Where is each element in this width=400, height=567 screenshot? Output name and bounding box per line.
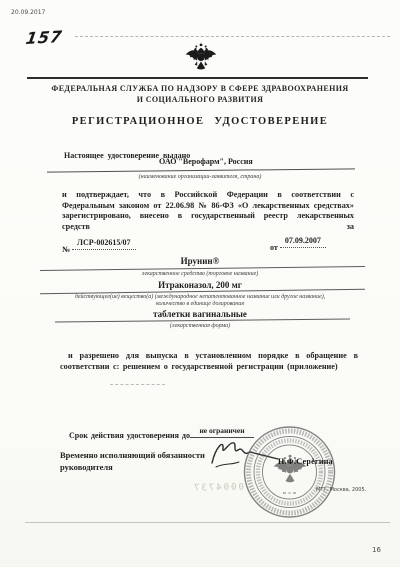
active-substance-caption-line1: действующее(ие) вещество(а) (международн… [0,294,400,300]
official-round-stamp-icon [242,424,337,520]
bleed-through-serial: 0004737 [192,483,244,494]
registration-date-value: 07.09.2007 [280,236,326,248]
trade-name: Ирунин® [0,256,400,266]
trade-name-caption: лекарственное средство (торговое названи… [0,271,400,277]
scanned-certificate-page: 20.09.2017 157 ФЕДЕРАЛЬНАЯ СЛУЖБА ПО НАД… [0,0,400,567]
page-number: 16 [372,546,381,554]
registration-number-label: № [62,245,70,254]
scan-date: 20.09.2017 [11,9,45,16]
registration-date-field: от07.09.2007 [270,236,326,248]
russia-coat-of-arms-icon [184,40,218,76]
bottom-faint-rule [25,522,390,523]
top-faint-line [75,36,390,37]
validity-label: Срок действия удостоверения до [69,431,190,440]
registration-number-field: №ЛСР-002615/07 [62,238,136,250]
faint-dash-mark [110,384,165,385]
sheet-number-handwritten: 157 [25,27,64,48]
issued-to-value: ОАО "Верофарм", Россия [159,157,253,166]
registration-paragraph: и подтверждает, что в Российской Федерац… [62,190,354,232]
acting-head-title-line2: руководителя [60,462,113,472]
signer-name: Н.Ф.Серёгина [278,457,333,466]
registration-date-label: от [270,243,278,252]
header-rule [27,77,368,79]
agency-name-line1: ФЕДЕРАЛЬНАЯ СЛУЖБА ПО НАДЗОРУ В СФЕРЕ ЗД… [0,84,400,93]
issued-to-caption: (наименование организации-заявителя, стр… [0,174,400,180]
issued-to-underline [47,168,355,172]
agency-name-line2: И СОЦИАЛЬНОГО РАЗВИТИЯ [0,95,400,104]
registration-number-value: ЛСР-002615/07 [72,238,136,250]
dosage-form: таблетки вагинальные [0,309,400,319]
stamp-print-note: МТГ. Москва, 2005. [316,487,366,493]
dosage-form-underline [55,318,350,322]
permission-paragraph: и разрешено для выпуска в установленном … [60,350,358,372]
acting-head-title-line1: Временно исполняющий обязанности [60,450,205,460]
active-substance-caption-line2: количество в единице дозирования [0,301,400,307]
dosage-form-caption: (лекарственная форма) [0,323,400,329]
document-title: РЕГИСТРАЦИОННОЕ УДОСТОВЕРЕНИЕ [0,116,400,127]
